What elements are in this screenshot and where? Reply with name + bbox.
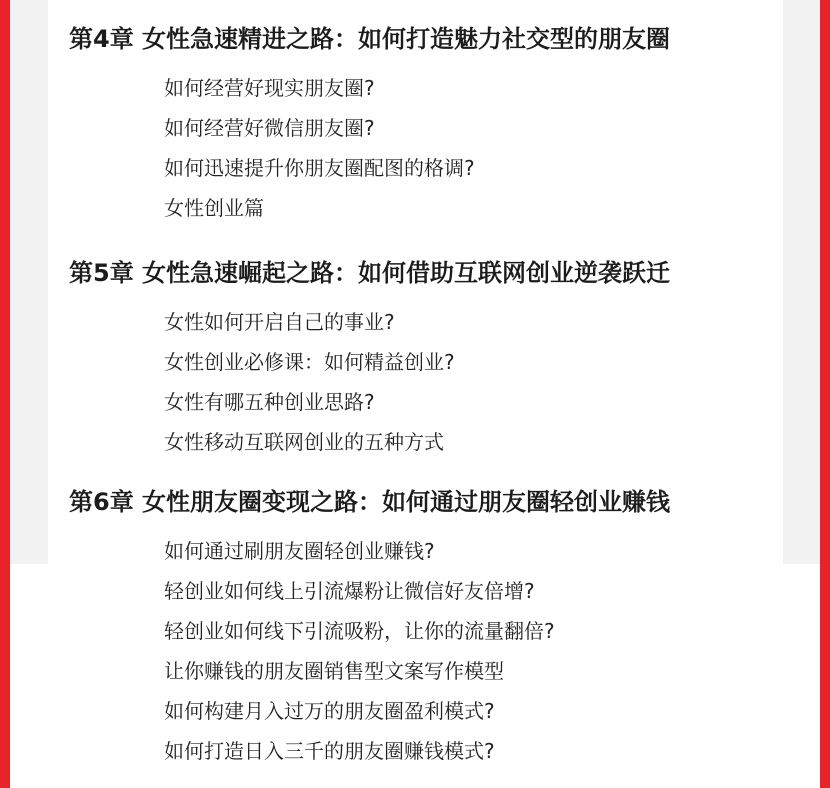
chapter-6-item: 让你赚钱的朋友圈销售型文案写作模型	[164, 658, 504, 684]
chapter-6-item: 如何通过刷朋友圈轻创业赚钱?	[164, 538, 435, 564]
chapter-4-item: 女性创业篇	[164, 195, 264, 221]
chapter-4-item: 如何经营好现实朋友圈?	[164, 75, 375, 101]
right-accent-bar	[820, 0, 830, 788]
chapter-4-title: 第4章 女性急速精进之路：如何打造魅力社交型的朋友圈	[69, 24, 670, 54]
chapter-5-item: 女性创业必修课：如何精益创业?	[164, 349, 455, 375]
chapter-5-item: 女性移动互联网创业的五种方式	[164, 429, 444, 455]
right-gray-margin	[783, 0, 820, 564]
chapter-6-item: 如何构建月入过万的朋友圈盈利模式?	[164, 698, 495, 724]
chapter-6-item: 轻创业如何线上引流爆粉让微信好友倍增?	[164, 578, 535, 604]
chapter-6-item: 轻创业如何线下引流吸粉，让你的流量翻倍?	[164, 618, 555, 644]
left-gray-margin	[10, 0, 48, 564]
chapter-4-item: 如何迅速提升你朋友圈配图的格调?	[164, 155, 475, 181]
chapter-5-item: 女性有哪五种创业思路?	[164, 389, 375, 415]
chapter-5-item: 女性如何开启自己的事业?	[164, 309, 395, 335]
chapter-6-item: 如何打造日入三千的朋友圈赚钱模式?	[164, 738, 495, 764]
chapter-6-title: 第6章 女性朋友圈变现之路：如何通过朋友圈轻创业赚钱	[69, 487, 670, 517]
left-accent-bar	[0, 0, 10, 788]
chapter-4-item: 如何经营好微信朋友圈?	[164, 115, 375, 141]
chapter-5-title: 第5章 女性急速崛起之路：如何借助互联网创业逆袭跃迁	[69, 258, 670, 288]
